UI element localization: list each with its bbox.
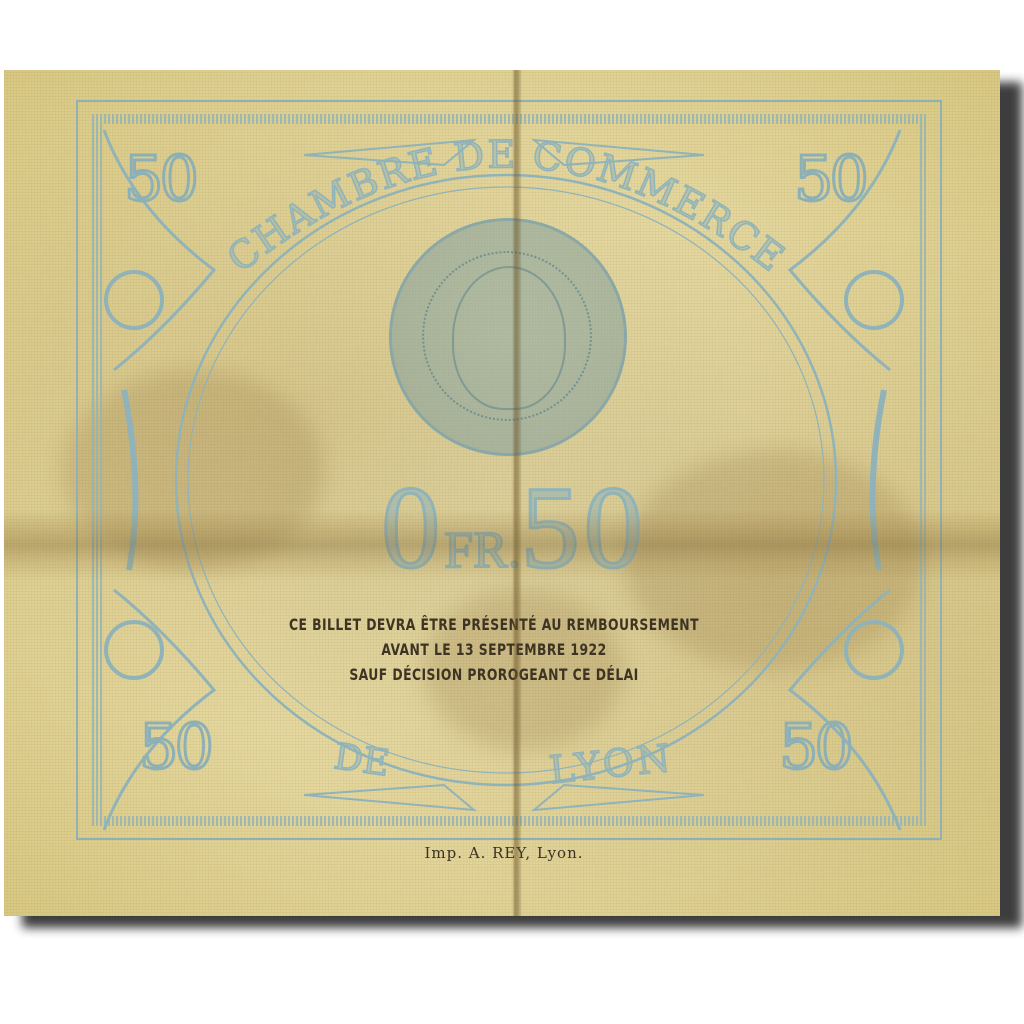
seal-figure [452,266,566,410]
notice-line-1: CE BILLET DEVRA ÊTRE PRÉSENTÉ AU REMBOUR… [227,612,760,637]
vertical-fold [512,70,522,916]
corner-value-top-left: 50 [124,142,195,215]
redemption-notice: CE BILLET DEVRA ÊTRE PRÉSENTÉ AU REMBOUR… [227,612,760,687]
notice-line-2: AVANT LE 13 SEPTEMBRE 1922 [227,637,760,662]
corner-value-bottom-right: 50 [779,710,850,783]
printer-imprint: Imp. A. REY, Lyon. [304,844,704,862]
horizontal-fold [4,510,1000,580]
banknote: CHAMBRE DE COMMERCE 50 50 50 50 0FR.50 C… [4,70,1000,916]
notice-line-3: SAUF DÉCISION PROROGEANT CE DÉLAI [227,662,760,687]
corner-value-bottom-left: 50 [139,710,210,783]
corner-value-top-right: 50 [794,142,865,215]
issuer-bottom-de: DE [331,736,391,784]
chamber-seal-emblem [389,218,627,456]
